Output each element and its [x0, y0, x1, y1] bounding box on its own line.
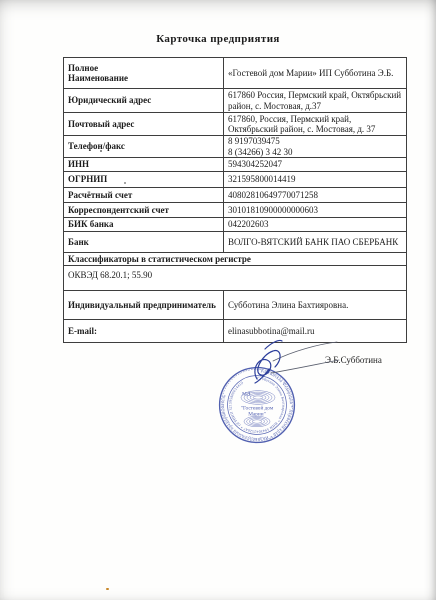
table-row: ОГРНИП321595800014419	[64, 172, 406, 188]
table-row: Индивидуальный предпринимательСубботина …	[64, 291, 406, 320]
table-row: Корреспондентский счет301018109000000006…	[64, 203, 406, 218]
section-header: Классификаторы в статистическом регистре	[64, 253, 406, 265]
row-value: 8 9197039475 8 (34266) 3 42 30	[224, 136, 406, 157]
row-label: Телефон/факс	[64, 136, 224, 157]
stamp-monogram: МД	[242, 392, 251, 398]
row-value: 617860, Россия, Пермский край, Октябрьск…	[224, 113, 406, 135]
row-label: Полное Наименование	[64, 58, 224, 88]
table-row: Телефон/факс8 9197039475 8 (34266) 3 42 …	[64, 136, 406, 158]
row-label: Юридический адрес	[64, 89, 224, 112]
document-page: Карточка предприятия Полное Наименование…	[0, 0, 436, 600]
row-label: Расчётный счет	[64, 188, 224, 202]
row-value: 042202603	[224, 218, 406, 231]
table-row: Почтовый адрес617860, Россия, Пермский к…	[64, 113, 406, 136]
row-label: Почтовый адрес	[64, 113, 224, 135]
row-value: «Гостевой дом Марии» ИП Субботина Э.Б.	[224, 58, 406, 88]
row-label: Корреспондентский счет	[64, 203, 224, 217]
row-value: 30101810900000000603	[224, 203, 406, 217]
stamp-center-line1: "Гостевой дом	[241, 405, 274, 412]
signature-scribble	[255, 340, 282, 383]
page-title: Карточка предприятия	[0, 33, 436, 45]
row-text: ОКВЭД 68.20.1; 55.90	[64, 266, 406, 290]
table-row: БИК банка042202603	[64, 218, 406, 232]
scan-artifact	[106, 588, 109, 590]
signature-flourish-top	[273, 342, 337, 361]
row-value: 40802810649770071258	[224, 188, 406, 202]
row-value: Субботина Элина Бахтияровна.	[224, 291, 406, 319]
row-label: ОГРНИП	[64, 172, 224, 187]
table-row: Расчётный счет40802810649770071258	[64, 188, 406, 203]
scan-artifact	[124, 182, 126, 184]
table-row: ОКВЭД 68.20.1; 55.90	[64, 266, 406, 291]
stamp-center-line2: Марии"	[248, 412, 266, 418]
table-row: Полное Наименование«Гостевой дом Марии» …	[64, 58, 406, 89]
signature	[235, 333, 345, 388]
company-table: Полное Наименование«Гостевой дом Марии» …	[63, 57, 407, 343]
row-label: Банк	[64, 232, 224, 252]
row-label: E-mail:	[64, 320, 224, 342]
row-label: БИК банка	[64, 218, 224, 231]
table-row: Классификаторы в статистическом регистре	[64, 253, 406, 266]
row-label: ИНН	[64, 158, 224, 171]
table-row: ИНН594304252047	[64, 158, 406, 172]
row-value: 617860 Россия, Пермский край, Октябрьски…	[224, 89, 406, 112]
row-label: Индивидуальный предприниматель	[64, 291, 224, 319]
row-value: 321595800014419	[224, 172, 406, 187]
table-row: Юридический адрес617860 Россия, Пермский…	[64, 89, 406, 113]
signature-flourish-bottom	[271, 360, 339, 373]
row-value: ВОЛГО-ВЯТСКИЙ БАНК ПАО СБЕРБАНК	[224, 232, 406, 252]
row-value: 594304252047	[224, 158, 406, 171]
table-row: БанкВОЛГО-ВЯТСКИЙ БАНК ПАО СБЕРБАНК	[64, 232, 406, 253]
scan-artifact	[100, 150, 102, 152]
